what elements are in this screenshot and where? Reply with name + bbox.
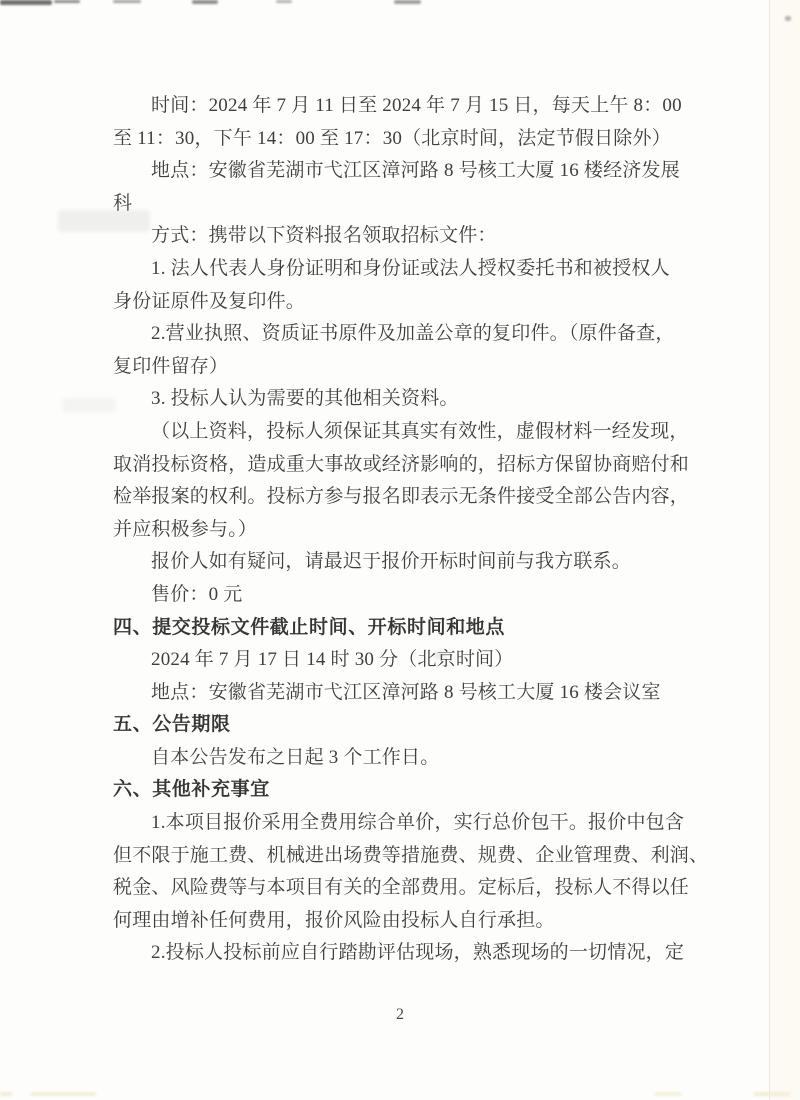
scan-smudge <box>30 1092 96 1096</box>
text-line: 自本公告发布之日起 3 个工作日。 <box>113 742 705 775</box>
text-line: 报价人如有疑问，请最迟于报价开标时间前与我方联系。 <box>113 546 705 579</box>
bleed-through-mark <box>62 398 116 412</box>
text-line: 并应积极参与。） <box>113 514 705 547</box>
document-body: 时间：2024 年 7 月 11 日至 2024 年 7 月 15 日，每天上午… <box>113 90 705 970</box>
document-page: 时间：2024 年 7 月 11 日至 2024 年 7 月 15 日，每天上午… <box>0 0 800 1100</box>
text-line: 取消投标资格，造成重大事故或经济影响的，招标方保留协商赔付和 <box>113 449 705 482</box>
scan-smudge <box>192 0 218 4</box>
text-line: 1.本项目报价采用全费用综合单价，实行总价包干。报价中包含 <box>113 807 705 840</box>
text-line: 地点：安徽省芜湖市弋江区漳河路 8 号核工大厦 16 楼会议室 <box>113 677 705 710</box>
scan-speck <box>785 16 791 21</box>
scan-edge-line <box>769 0 770 1100</box>
scan-smudge <box>0 0 52 5</box>
text-line: 至 11：30，下午 14：00 至 17：30（北京时间，法定节假日除外） <box>113 123 705 156</box>
scan-smudge <box>0 1092 12 1096</box>
page-number: 2 <box>0 1006 800 1024</box>
text-line: 科 <box>113 188 705 221</box>
text-line: 税金、风险费等与本项目有关的全部费用。定标后，投标人不得以任 <box>113 872 705 905</box>
text-line: 2.营业执照、资质证书原件及加盖公章的复印件。（原件备查， <box>113 318 705 351</box>
text-line: （以上资料，投标人须保证其真实有效性，虚假材料一经发现， <box>113 416 705 449</box>
text-line: 方式：携带以下资料报名领取招标文件： <box>113 220 705 253</box>
scan-smudge <box>113 0 141 3</box>
text-line: 检举报案的权利。投标方参与报名即表示无条件接受全部公告内容， <box>113 481 705 514</box>
text-line: 复印件留存） <box>113 351 705 384</box>
scan-smudge <box>754 1092 790 1096</box>
text-line: 身份证原件及复印件。 <box>113 286 705 319</box>
scan-smudge <box>276 0 292 3</box>
text-line: 3. 投标人认为需要的其他相关资料。 <box>113 383 705 416</box>
text-line: 售价：0 元 <box>113 579 705 612</box>
section-heading-4: 四、提交投标文件截止时间、开标时间和地点 <box>113 612 705 645</box>
scan-smudge <box>394 0 421 4</box>
text-line: 地点：安徽省芜湖市弋江区漳河路 8 号核工大厦 16 楼经济发展 <box>113 155 705 188</box>
text-line: 何理由增补任何费用，报价风险由投标人自行承担。 <box>113 905 705 938</box>
text-line: 时间：2024 年 7 月 11 日至 2024 年 7 月 15 日，每天上午… <box>113 90 705 123</box>
scan-smudge <box>54 0 80 3</box>
section-heading-6: 六、其他补充事宜 <box>113 774 705 807</box>
scan-edge-strip <box>770 0 800 1100</box>
text-line: 1. 法人代表人身份证明和身份证或法人授权委托书和被授权人 <box>113 253 705 286</box>
section-heading-5: 五、公告期限 <box>113 709 705 742</box>
text-line: 2024 年 7 月 17 日 14 时 30 分（北京时间） <box>113 644 705 677</box>
scan-smudge <box>654 1092 682 1096</box>
text-line: 但不限于施工费、机械进出场费等措施费、规费、企业管理费、利润、 <box>113 840 705 873</box>
text-line: 2.投标人投标前应自行踏勘评估现场，熟悉现场的一切情况，定 <box>113 937 705 970</box>
